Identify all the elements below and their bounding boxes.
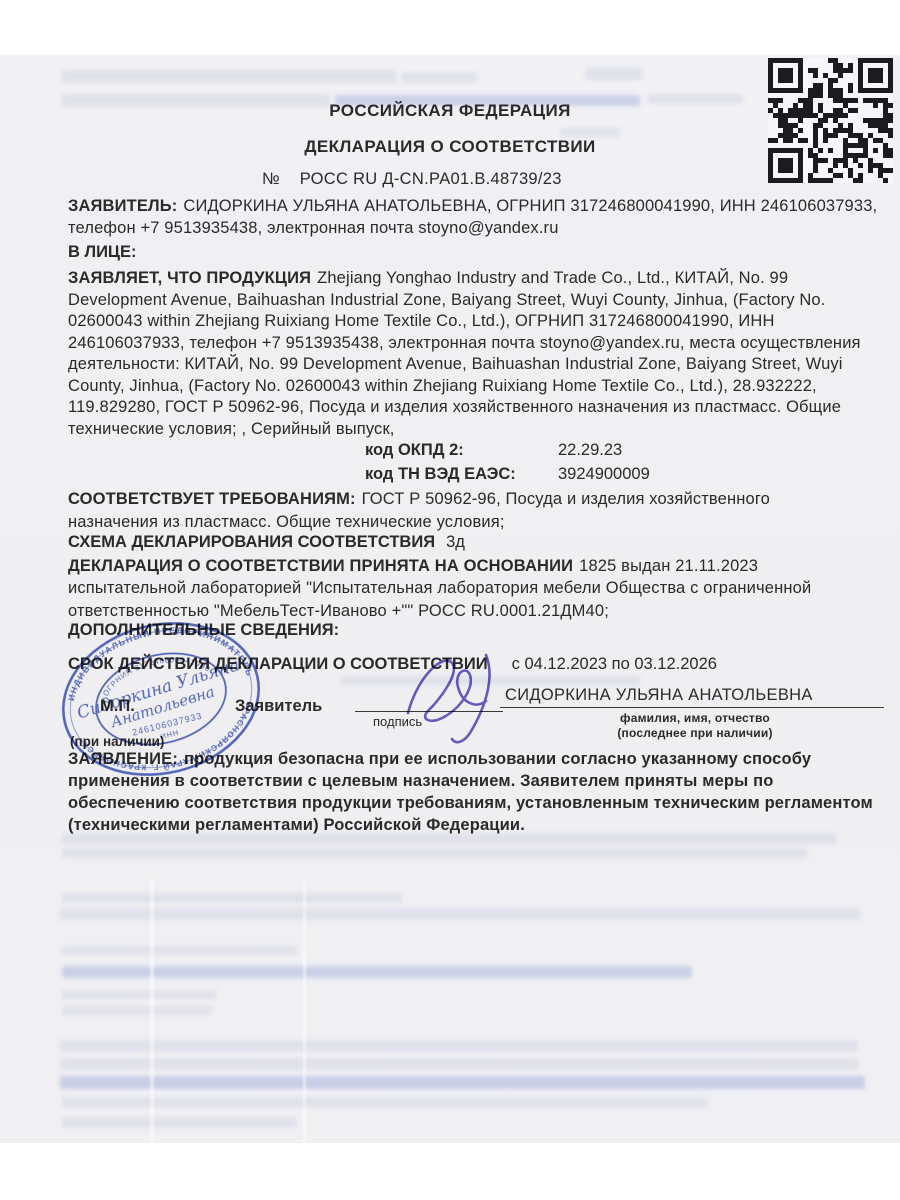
scheme-label: СХЕМА ДЕКЛАРИРОВАНИЯ СООТВЕТСТВИЯ bbox=[68, 533, 435, 551]
basis-date: 1825 выдан 21.11.2023 bbox=[579, 557, 758, 575]
ghost-text-line bbox=[62, 1117, 297, 1128]
tnved-label: код ТН ВЭД ЕАЭС: bbox=[365, 465, 516, 484]
name-line bbox=[500, 707, 884, 708]
scheme-value: 3д bbox=[446, 533, 465, 551]
applicant-label: ЗАЯВИТЕЛЬ: bbox=[68, 197, 183, 215]
applicant-text: СИДОРКИНА УЛЬЯНА АНАТОЛЬЕВНА, ОГРНИП 317… bbox=[68, 197, 877, 237]
paper-fold-streak bbox=[150, 878, 154, 1143]
okpd-value: 22.29.23 bbox=[558, 441, 622, 460]
scheme-line: СХЕМА ДЕКЛАРИРОВАНИЯ СООТВЕТСТВИЯ3д bbox=[68, 533, 465, 552]
ghost-text-line bbox=[560, 128, 620, 137]
ghost-text-line bbox=[62, 1097, 707, 1108]
in-person-label: В ЛИЦЕ: bbox=[68, 243, 137, 262]
product-label: ЗАЯВЛЯЕТ, ЧТО ПРОДУКЦИЯ bbox=[68, 269, 317, 287]
signatory-name: СИДОРКИНА УЛЬЯНА АНАТОЛЬЕВНА bbox=[505, 686, 813, 705]
ghost-text-line bbox=[60, 1058, 858, 1070]
country-header: РОССИЙСКАЯ ФЕДЕРАЦИЯ bbox=[0, 101, 900, 121]
doc-title: ДЕКЛАРАЦИЯ О СООТВЕТСТВИИ bbox=[0, 137, 900, 157]
name-caption-2: (последнее при наличии) bbox=[560, 726, 830, 740]
ghost-text-line bbox=[62, 893, 402, 903]
name-caption-1: фамилия, имя, отчество bbox=[560, 711, 830, 725]
basis-label: ДЕКЛАРАЦИЯ О СООТВЕТСТВИИ ПРИНЯТА НА ОСН… bbox=[68, 557, 579, 575]
applicant-paragraph: ЗАЯВИТЕЛЬ:СИДОРКИНА УЛЬЯНА АНАТОЛЬЕВНА, … bbox=[68, 196, 882, 240]
number-value: РОСС RU Д-CN.РА01.В.48739/23 bbox=[300, 170, 562, 188]
paper-fold-streak bbox=[303, 878, 306, 1143]
tnved-value: 3924900009 bbox=[558, 465, 650, 484]
ghost-text-line bbox=[62, 990, 217, 999]
ghost-text-line bbox=[62, 966, 692, 978]
ghost-text-line bbox=[62, 946, 297, 955]
product-text: Zhejiang Yonghao Industry and Trade Co.,… bbox=[68, 269, 861, 438]
okpd-label: код ОКПД 2: bbox=[365, 441, 464, 460]
compliance-paragraph: СООТВЕТСТВУЕТ ТРЕБОВАНИЯМ:ГОСТ Р 50962-9… bbox=[68, 488, 858, 533]
scanned-declaration-page: РОССИЙСКАЯ ФЕДЕРАЦИЯ ДЕКЛАРАЦИЯ О СООТВЕ… bbox=[0, 0, 900, 1200]
ghost-text-line bbox=[60, 1040, 858, 1052]
ghost-text-line bbox=[62, 70, 397, 83]
ghost-text-line bbox=[60, 908, 860, 920]
product-paragraph: ЗАЯВЛЯЕТ, ЧТО ПРОДУКЦИЯZhejiang Yonghao … bbox=[68, 268, 885, 440]
validity-value: с 04.12.2023 по 03.12.2026 bbox=[512, 655, 717, 673]
ghost-text-line bbox=[62, 1006, 212, 1015]
signature-scribble bbox=[398, 645, 516, 753]
number-sign: № bbox=[262, 170, 280, 188]
ghost-text-line bbox=[585, 67, 643, 80]
compliance-label: СООТВЕТСТВУЕТ ТРЕБОВАНИЯМ: bbox=[68, 490, 362, 508]
ghost-text-line bbox=[60, 1076, 865, 1089]
ghost-text-line bbox=[402, 72, 477, 83]
declaration-number: №РОСС RU Д-CN.РА01.В.48739/23 bbox=[262, 170, 562, 189]
ghost-text-line bbox=[62, 848, 807, 858]
